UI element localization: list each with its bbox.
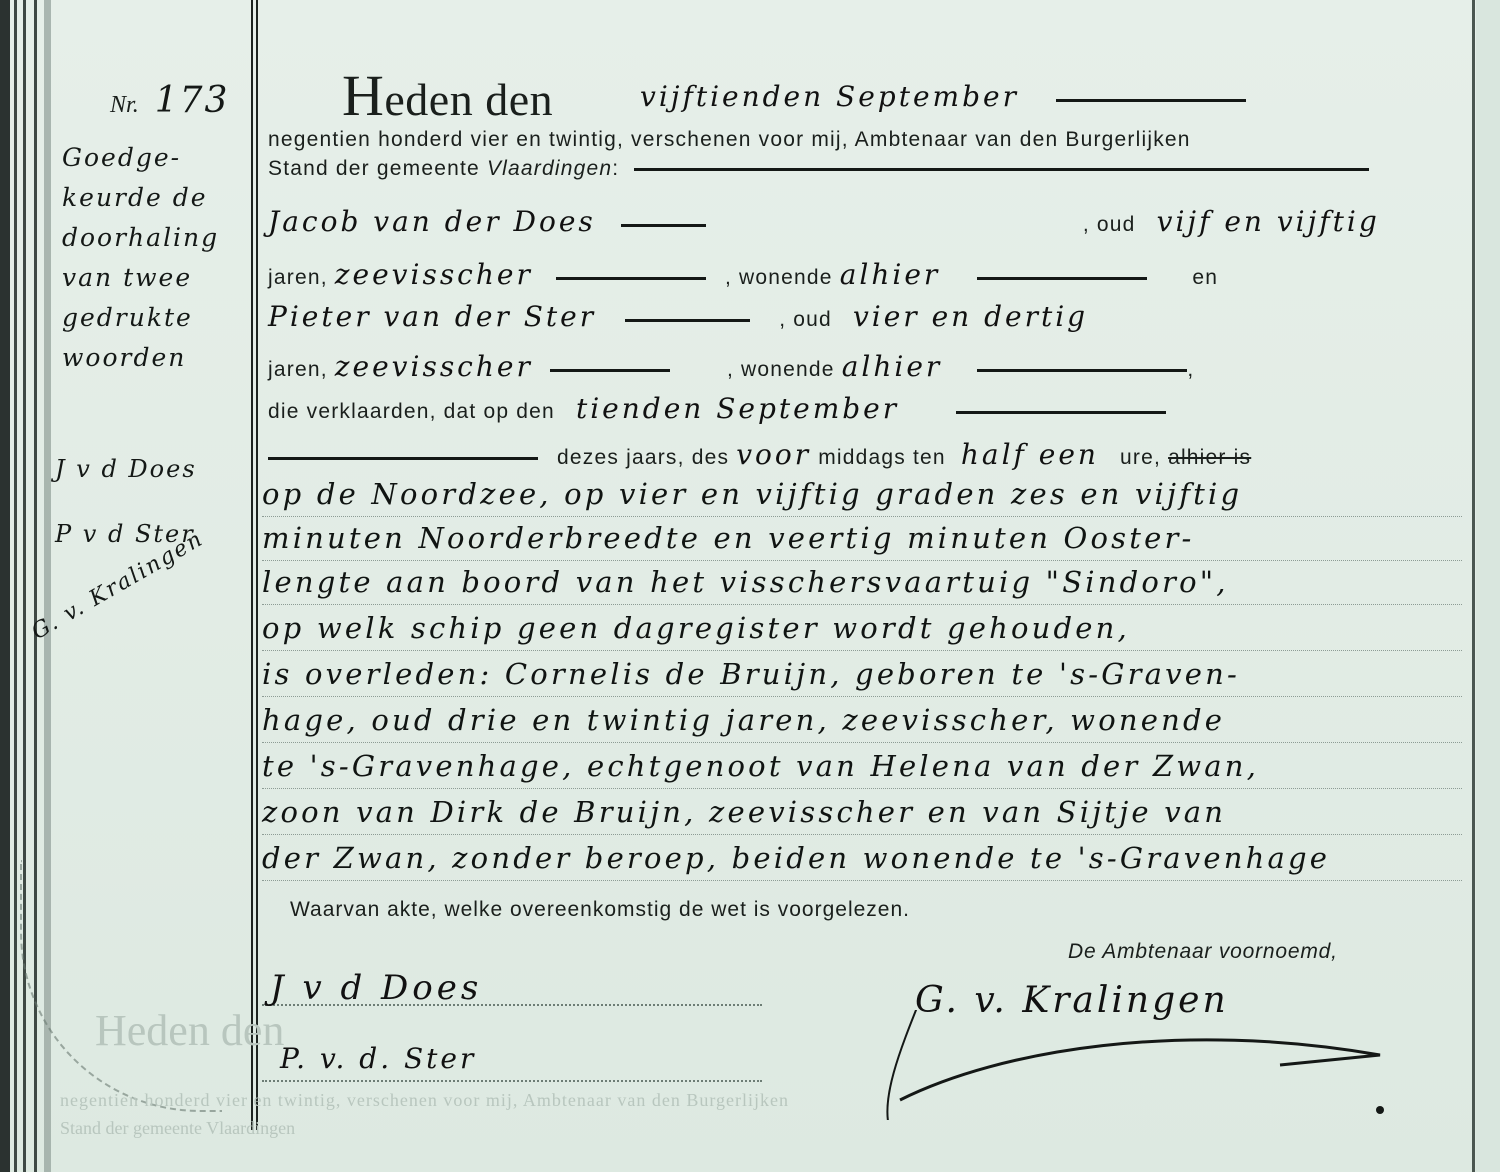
- witness2-occupation: zeevisscher: [335, 350, 533, 383]
- comma: ,: [1187, 358, 1194, 381]
- signature-line: [262, 1080, 762, 1082]
- margin-note-line: doorhaling: [62, 218, 252, 258]
- fill-dash: [977, 277, 1147, 280]
- handwritten-line: zoon van Dirk de Bruijn, zeevisscher en …: [262, 790, 1462, 835]
- handwritten-line: minuten Noorderbreedte en veertig minute…: [262, 516, 1462, 561]
- ure-label: ure,: [1120, 446, 1161, 469]
- fill-dash: [550, 369, 670, 372]
- binding-line: [23, 0, 26, 1172]
- margin-note-line: woorden: [62, 338, 252, 378]
- handwritten-line: te 's-Gravenhage, echtgenoot van Helena …: [262, 744, 1462, 789]
- witness2-age: vier en dertig: [853, 300, 1088, 333]
- heading-initial: H: [342, 63, 384, 128]
- oud-label: , oud: [1083, 213, 1136, 236]
- closing-statement: Waarvan akte, welke overeenkomstig de we…: [290, 898, 910, 922]
- declaration-line: die verklaarden, dat op den tienden Sept…: [268, 392, 1448, 425]
- jaren-label: jaren,: [268, 266, 328, 289]
- fill-dash: [977, 369, 1187, 372]
- printed-line-1: negentien honderd vier en twintig, versc…: [268, 128, 1448, 152]
- witness1-residence: alhier: [840, 258, 941, 291]
- voor-na: voor: [736, 438, 811, 471]
- date-line: vijftienden September: [640, 80, 1500, 113]
- struck-words: alhier is: [1168, 446, 1251, 469]
- margin-annotation: Goedge- keurde de doorhaling van twee ge…: [62, 138, 252, 378]
- page-edge-rule: [1472, 0, 1475, 1172]
- heading-text: eden den: [384, 74, 553, 125]
- register-page: Heden den negentien honderd vier en twin…: [0, 0, 1500, 1172]
- fill-dash: [268, 457, 538, 460]
- fill-dash: [634, 168, 1369, 171]
- handwritten-line: der Zwan, zonder beroep, beiden wonende …: [262, 836, 1462, 881]
- witness2-name-line: Pieter van der Ster , oud vier en dertig: [268, 300, 1448, 333]
- bleed-through-line: Stand der gemeente Vlaardingen: [60, 1118, 295, 1139]
- time-line: dezes jaars, des voor middags ten half e…: [268, 438, 1448, 471]
- witness2-residence: alhier: [842, 350, 943, 383]
- witness1-name: Jacob van der Does: [268, 205, 596, 238]
- handwritten-line: is overleden: Cornelis de Bruijn, gebore…: [262, 652, 1462, 697]
- signature-witness2: P. v. d. Ster: [280, 1042, 476, 1075]
- witness2-occupation-line: jaren, zeevisscher , wonende alhier ,: [268, 350, 1448, 383]
- fill-dash: [956, 411, 1166, 414]
- declared-label: die verklaarden, dat op den: [268, 400, 555, 423]
- handwritten-line: lengte aan boord van het visschersvaartu…: [262, 560, 1462, 605]
- witness1-name-line: Jacob van der Does , oud vijf en vijftig: [268, 205, 1448, 238]
- margin-note-line: keurde de: [62, 178, 252, 218]
- municipality: Vlaardingen: [487, 157, 612, 180]
- handwritten-line: op welk schip geen dagregister wordt geh…: [262, 606, 1462, 651]
- margin-rule: [256, 0, 258, 1130]
- entry-number-value: 173: [155, 80, 230, 121]
- fill-dash: [556, 277, 706, 280]
- binding-line: [14, 0, 17, 1172]
- fill-dash: [1056, 99, 1246, 102]
- handwritten-line: op de Noordzee, op vier en vijftig grade…: [262, 472, 1462, 517]
- signature-witness1: J v d Does: [270, 968, 482, 1008]
- witness1-occupation: zeevisscher: [335, 258, 533, 291]
- printed-line-2: Stand der gemeente Vlaardingen:: [268, 157, 1448, 181]
- en-label: en: [1192, 266, 1218, 289]
- binding-edge: [0, 0, 10, 1172]
- wonende-label: , wonende: [727, 358, 835, 381]
- death-date: tienden September: [576, 392, 899, 425]
- wonende-label: , wonende: [725, 266, 833, 289]
- entry-number: Nr. 173: [110, 80, 229, 121]
- fill-dash: [625, 319, 750, 322]
- official-label: De Ambtenaar voornoemd,: [1068, 940, 1338, 964]
- form-heading: Heden den: [342, 62, 553, 129]
- witness2-name: Pieter van der Ster: [268, 300, 596, 333]
- entry-number-label: Nr.: [110, 92, 139, 118]
- handwritten-line: hage, oud drie en twintig jaren, zeeviss…: [262, 698, 1462, 743]
- death-time: half een: [961, 438, 1099, 471]
- margin-note-line: gedrukte: [62, 298, 252, 338]
- witness1-age: vijf en vijftig: [1157, 205, 1380, 238]
- margin-note-line: van twee: [62, 258, 252, 298]
- oud-label: , oud: [779, 308, 832, 331]
- jaren-label: jaren,: [268, 358, 328, 381]
- stand-label: Stand der gemeente: [268, 157, 480, 180]
- margin-note-line: Goedge-: [62, 138, 252, 178]
- dezes-jaars-label: dezes jaars, des: [557, 446, 729, 469]
- witness1-occupation-line: jaren, zeevisscher , wonende alhier en: [268, 258, 1448, 291]
- margin-signature-witness1: J v d Does: [55, 455, 197, 483]
- fill-dash: [621, 224, 706, 227]
- middags-label: middags ten: [818, 446, 946, 469]
- next-page-edge: [1476, 0, 1500, 1172]
- date-written: vijftienden September: [640, 80, 1019, 113]
- signature-flourish: [880, 1010, 1400, 1120]
